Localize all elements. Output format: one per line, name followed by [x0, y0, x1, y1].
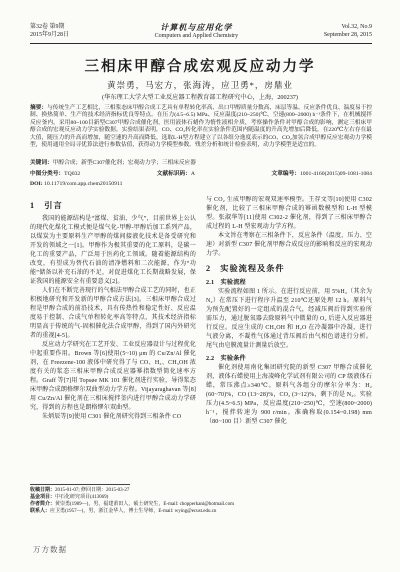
keywords-text: 甲醇合成；新型C307催化剂；宏观动力学；三相床反应器 [53, 160, 196, 166]
clc-number: 中图分类号：TQ032 [30, 171, 80, 178]
footnote-contact-label: 联系人： [30, 509, 50, 514]
section-2-heading: 2 实验流程及条件 [206, 264, 372, 273]
footnote-received: 收稿日期：2015-01-07; 修回日期：2015-03-27 [30, 487, 372, 494]
journal-name-cn: 计算机与应用化学 [155, 23, 239, 32]
footnote-funding-text: 中石化研究项目(413069) [55, 495, 108, 500]
document-code: 文献标识码：A [157, 171, 195, 178]
left-column: 1 引言 我国的能源结构是“富煤、贫油、少气”，目前世界上公认的现代化煤化工模式… [30, 196, 196, 482]
footnote-contact: 联系人：应卫勇(1957—)，男，浙江金华人，博士生导师，E-mail: wyi… [30, 508, 372, 515]
article-id-value: 1001-4160(2015)09-1081-1084 [300, 171, 372, 177]
journal-header: 第32卷 第9期 2015年9月28日 计算机与应用化学 Computers a… [30, 23, 372, 44]
section-2-2-heading: 2.2 实验条件 [206, 354, 372, 363]
clc-label: 中图分类号： [30, 171, 64, 177]
issue-date-cn: 2015年9月28日 [30, 31, 69, 39]
footnote-block: 收稿日期：2015-01-07; 修回日期：2015-03-27 基金项目：中石… [30, 484, 372, 515]
article-title: 三相床甲醇合成宏观反应动力学 [0, 55, 400, 76]
affiliation: (华东理工大学大型工业反应器工程教育部工程研究中心，上海，200237) [0, 92, 400, 101]
abstract: 摘要：与传统生产工艺相比，三相浆态床甲醇合成工艺具有单程转化率高、出口甲醇质量分… [30, 105, 372, 149]
clc-value: TQ032 [64, 171, 80, 177]
paragraph-continuation: 与 CO₂ 生成甲醇的宏观双速率模型。王存文等[10]使用 C302 催化剂，比… [206, 196, 372, 232]
document-code-value: A [191, 171, 195, 177]
volume-issue-en: Vol.32, No.9 [324, 23, 372, 31]
doi-line: DOI: 10.11719/com.app.chem20150911 [30, 181, 372, 188]
paragraph: 朱炳辰等[9]使用 C301 催化剂研究得到三相条件 CO [30, 413, 196, 422]
footnote-funding-label: 基金项目： [30, 495, 55, 500]
abstract-label: 摘要： [30, 105, 47, 111]
header-issue-info: 第32卷 第9期 2015年9月28日 [30, 23, 69, 39]
article-id-label: 文章编号： [272, 171, 300, 177]
paragraph: 本文旨在考察在三相条件下，反应条件（温度、压力、空速）对新型 C307 催化剂甲… [206, 232, 372, 259]
paragraph: 催化剂使用南化集团研究院的新型 C307 甲醇合成催化剂，液体石蜡使用上海凌峰化… [206, 364, 372, 427]
footnote-divider [30, 484, 130, 485]
article-meta-row: 中图分类号：TQ032 文献标识码：A 文章编号：1001-4160(2015)… [30, 171, 372, 178]
abstract-text: 与传统生产工艺相比，三相浆态床甲醇合成工艺具有单程转化率高、出口甲醇质量分数高、… [30, 105, 372, 148]
volume-issue-cn: 第32卷 第9期 [30, 23, 69, 31]
issue-date-en: September 28, 2015 [324, 31, 372, 39]
paragraph: 我国的能源结构是“富煤、贫油、少气”，目前世界上公认的现代化煤化工模式便是煤气化… [30, 215, 196, 287]
author-list: 黄崇勇，马宏方，张海涛，应卫勇*，房鼎业 [0, 79, 400, 91]
footnote-funding: 基金项目：中石化研究项目(413069) [30, 494, 372, 501]
paragraph: 人们在不断完善现行的气相法甲醇合成工艺的同时，也正积极地研究和开发新的甲醇合成方… [30, 287, 196, 341]
section-2-1-heading: 2.1 实验流程 [206, 278, 372, 287]
footnote-received-text: 2015-01-07; 修回日期：2015-03-27 [55, 488, 129, 493]
document-code-label: 文献标识码： [157, 171, 191, 177]
keywords: 关键词：甲醇合成；新型C307催化剂；宏观动力学；三相床反应器 [30, 160, 372, 167]
journal-name-en: Computers and Applied Chemistry [155, 32, 239, 40]
doi-value: 10.11719/com.app.chem20150911 [44, 181, 122, 187]
footnote-author-bio-text: 黄崇勇(1989—)，男，福建莆田人，硕士研究生，E-mail: chopper… [55, 502, 234, 507]
doi-label: DOI: [30, 181, 44, 187]
paragraph: 实验流程如图 1 所示。在进行反应前，用 5%H₂（其余为 N₂）在常压下进行程… [206, 288, 372, 351]
footnote-author-bio: 作者简介：黄崇勇(1989—)，男，福建莆田人，硕士研究生，E-mail: ch… [30, 501, 372, 508]
header-volume-info-en: Vol.32, No.9 September 28, 2015 [324, 23, 372, 39]
footnote-contact-text: 应卫勇(1957—)，男，浙江金华人，博士生导师，E-mail: wying@e… [50, 509, 216, 514]
footnote-author-bio-label: 作者简介： [30, 502, 55, 507]
journal-name-block: 计算机与应用化学 Computers and Applied Chemistry [155, 23, 239, 40]
body-columns: 1 引言 我国的能源结构是“富煤、贫油、少气”，目前世界上公认的现代化煤化工模式… [30, 196, 372, 482]
paragraph: 反应动力学研究在工艺开发、工业反应器设计与过程优化中起重要作用。Brown 等[… [30, 341, 196, 413]
right-column: 与 CO₂ 生成甲醇的宏观双速率模型。王存文等[10]使用 C302 催化剂，比… [206, 196, 372, 482]
keywords-label: 关键词： [30, 160, 53, 166]
wanfang-watermark: 万方数据 [33, 544, 67, 555]
section-1-heading: 1 引言 [30, 201, 196, 210]
paper-page: 第32卷 第9期 2015年9月28日 计算机与应用化学 Computers a… [0, 0, 400, 572]
footnote-received-label: 收稿日期： [30, 488, 55, 493]
article-id: 文章编号：1001-4160(2015)09-1081-1084 [272, 171, 372, 178]
